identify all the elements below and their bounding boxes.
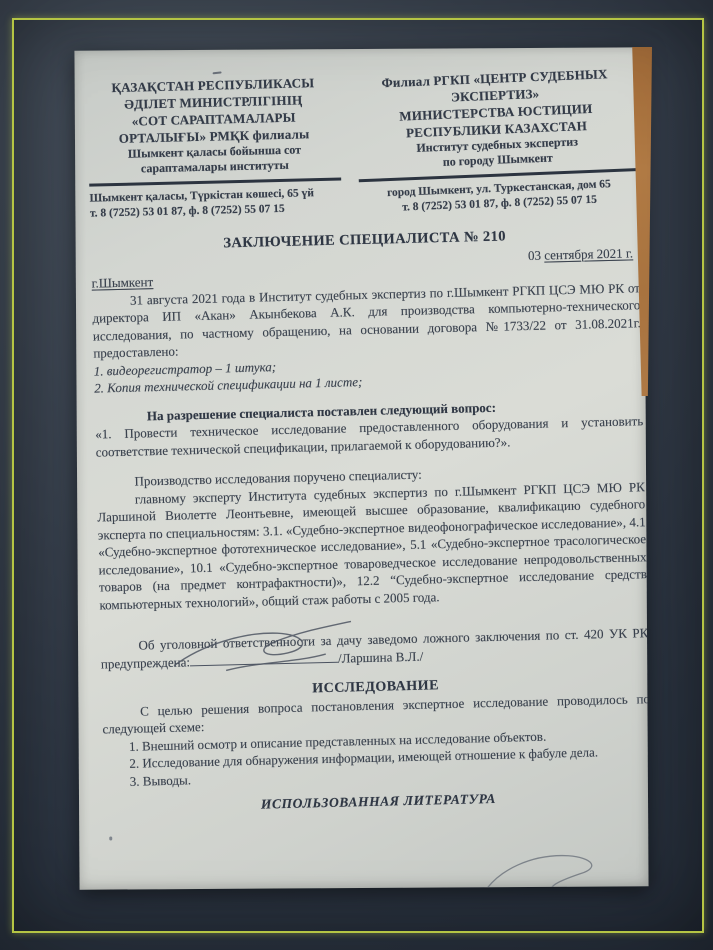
signature-line	[190, 649, 338, 666]
document-content: ҚАЗАҚСТАН РЕСПУБЛИКАСЫ ӘДІЛЕТ МИНИСТРЛІГ…	[87, 66, 649, 817]
date-prefix: 03	[528, 247, 545, 262]
letterhead-divider	[89, 178, 341, 187]
scan-artifact-dot	[109, 837, 112, 841]
handwritten-pen-mark	[474, 845, 615, 889]
oath-paragraph: Об уголовной ответственности за дачу зав…	[100, 624, 648, 672]
date-underlined: сентября 2021 г.	[544, 245, 633, 262]
intro-paragraph: 31 августа 2021 года в Институт судебных…	[92, 279, 642, 362]
scanned-document-page: ҚАЗАҚСТАН РЕСПУБЛИКАСЫ ӘДІЛЕТ МИНИСТРЛІГ…	[74, 47, 648, 889]
letterhead-russian-column: Филиал РГКП «ЦЕНТР СУДЕБНЫХ ЭКСПЕРТИЗ» М…	[354, 64, 639, 216]
handwritten-signature	[167, 621, 360, 680]
scan-artifact-dash	[212, 71, 221, 74]
slide-background: ҚАЗАҚСТАН РЕСПУБЛИКАСЫ ӘДІЛЕТ МИНИСТРЛІГ…	[0, 0, 713, 950]
assignment-paragraph: главному эксперту Института судебных экс…	[97, 478, 648, 614]
letterhead: ҚАЗАҚСТАН РЕСПУБЛИКАСЫ ӘДІЛЕТ МИНИСТРЛІГ…	[87, 66, 638, 220]
letterhead-kazakh-column: ҚАЗАҚСТАН РЕСПУБЛИКАСЫ ӘДІЛЕТ МИНИСТРЛІГ…	[87, 74, 342, 221]
literature-heading: ИСПОЛЬЗОВАННАЯ ЛИТЕРАТУРА	[104, 786, 648, 817]
